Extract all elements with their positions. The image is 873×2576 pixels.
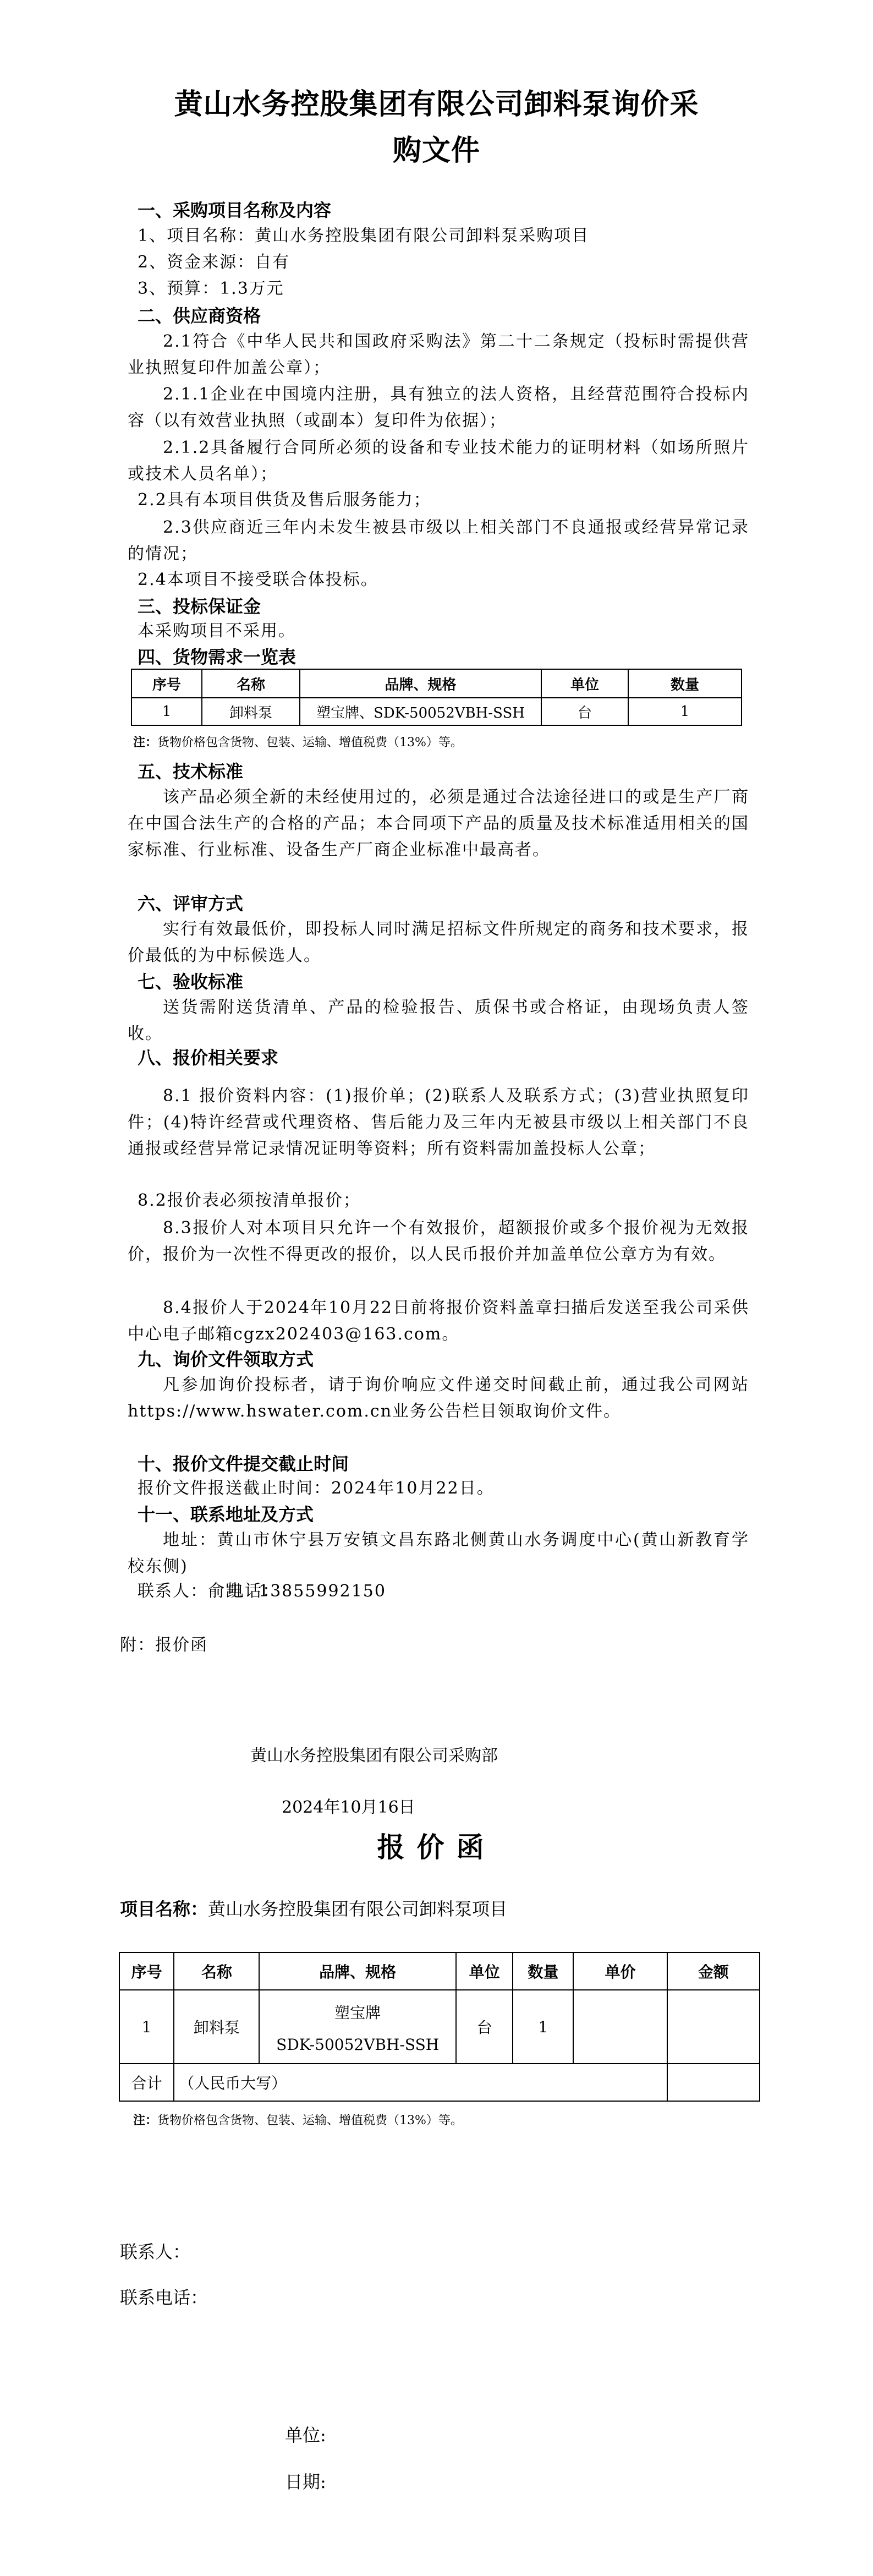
issuer: 黄山水务控股集团有限公司采购部: [250, 1744, 498, 1768]
cell-qty: 1: [628, 698, 742, 725]
col-header-name: 名称: [202, 669, 300, 698]
cell-name: 卸料泵: [202, 698, 300, 725]
section-2-heading: 二、供应商资格: [138, 304, 261, 328]
q-cell-qty: 1: [513, 1990, 573, 2064]
s11-phone: 13855992150: [259, 1579, 386, 1604]
project-name: 黄山水务控股集团有限公司卸料泵项目: [208, 1899, 507, 1919]
col-header-spec: 品牌、规格: [300, 669, 541, 698]
project-label: 项目名称：: [120, 1899, 208, 1919]
table-row: 1 卸料泵 塑宝牌、SDK-50052VBH-SSH 台 1: [131, 698, 742, 725]
s2-item-2-3: 2.3供应商近三年内未发生被县市级以上相关部门不良通报或经营异常记录的情况；: [128, 515, 749, 567]
quote-note-text: 货物价格包含货物、包装、运输、增值税费（13%）等。: [157, 2114, 463, 2127]
q-col-amount: 金额: [667, 1952, 760, 1990]
s8-item-8-1: 8.1 报价资料内容：(1)报价单；(2)联系人及联系方式；(3)营业执照复印件…: [128, 1083, 749, 1162]
s2-item-2-1: 2.1符合《中华人民共和国政府采购法》第二十二条规定（投标时需提供营业执照复印件…: [128, 329, 749, 381]
q-cell-amount-input[interactable]: [667, 1990, 760, 2064]
s2-item-2-1-1: 2.1.1企业在中国境内注册，具有独立的法人资格，且经营范围符合投标内容（以有效…: [128, 381, 749, 434]
q-cell-name: 卸料泵: [174, 1990, 259, 2064]
quote-note: 注：货物价格包含货物、包装、运输、增值税费（13%）等。: [133, 2112, 463, 2130]
col-header-no: 序号: [131, 669, 202, 698]
quote-table-row: 1 卸料泵 塑宝牌 SDK-50052VBH-SSH 台 1: [119, 1990, 760, 2064]
document-page: 黄山水务控股集团有限公司卸料泵询价采 购文件 一、采购项目名称及内容 1、项目名…: [0, 0, 873, 2576]
note-label: 注：: [133, 736, 157, 750]
q-cell-price-input[interactable]: [573, 1990, 667, 2064]
s1-item-2: 2、资金来源：自有: [138, 250, 290, 275]
s11-address: 地址：黄山市休宁县万安镇文昌东路北侧黄山水务调度中心(黄山新教育学校东侧): [128, 1527, 749, 1580]
quote-table-header-row: 序号 名称 品牌、规格 单位 数量 单价 金额: [119, 1952, 760, 1990]
section-4-heading: 四、货物需求一览表: [138, 645, 296, 669]
quote-project-line: 项目名称：黄山水务控股集团有限公司卸料泵项目: [120, 1897, 507, 1921]
issue-date: 2024年10月16日: [282, 1796, 415, 1820]
q-col-no: 序号: [119, 1952, 174, 1990]
attachment-label: 附：报价函: [120, 1633, 208, 1658]
section-6-heading: 六、评审方式: [138, 892, 243, 916]
title-line-1: 黄山水务控股集团有限公司卸料泵询价采: [132, 81, 741, 128]
quote-letter-title: 报价函: [0, 1831, 873, 1864]
q-cell-model: SDK-50052VBH-SSH: [260, 2031, 455, 2059]
q-col-qty: 数量: [513, 1952, 573, 1990]
q-cell-unit: 台: [456, 1990, 513, 2064]
q-total-amount[interactable]: [667, 2064, 760, 2101]
s6-text: 实行有效最低价，即投标人同时满足招标文件所规定的商务和技术要求，报价最低的为中标…: [128, 916, 749, 969]
section-5-heading: 五、技术标准: [138, 759, 243, 784]
s9-text: 凡参加询价投标者，请于询价响应文件递交时间截止前，通过我公司网站https://…: [128, 1372, 749, 1425]
note-text: 货物价格包含货物、包装、运输、增值税费（13%）等。: [157, 736, 463, 750]
s4-note: 注：货物价格包含货物、包装、运输、增值税费（13%）等。: [133, 734, 463, 752]
quote-contact-person-label: 联系人：: [120, 2240, 190, 2264]
q-col-name: 名称: [174, 1952, 259, 1990]
title-line-2: 购文件: [132, 128, 741, 174]
q-cell-no: 1: [119, 1990, 174, 2064]
q-col-unit: 单位: [456, 1952, 513, 1990]
s2-item-2-4: 2.4本项目不接受联合体投标。: [138, 568, 378, 592]
s1-item-3: 3、预算：1.3万元: [138, 277, 284, 301]
section-11-heading: 十一、联系地址及方式: [138, 1502, 314, 1527]
quote-contact-phone-label: 联系电话：: [120, 2285, 208, 2310]
q-col-price: 单价: [573, 1952, 667, 1990]
section-8-heading: 八、报价相关要求: [138, 1046, 278, 1070]
section-7-heading: 七、验收标准: [138, 970, 243, 994]
q-cell-brand: 塑宝牌: [260, 1995, 455, 2031]
s7-text: 送货需附送货清单、产品的检验报告、质保书或合格证，由现场负责人签收。: [128, 994, 749, 1047]
section-10-heading: 十、报价文件提交截止时间: [138, 1452, 349, 1476]
s2-item-2-2: 2.2具有本项目供货及售后服务能力；: [138, 488, 431, 512]
section-3-heading: 三、投标保证金: [138, 594, 261, 619]
s8-item-8-4: 8.4报价人于2024年10月22日前将报价资料盖章扫描后发送至我公司采供中心电…: [128, 1295, 749, 1348]
s8-item-8-3: 8.3报价人对本项目只允许一个有效报价，超额报价或多个报价视为无效报价，报价为一…: [128, 1215, 749, 1268]
section-9-heading: 九、询价文件领取方式: [138, 1347, 314, 1371]
quote-date-label: 日期:: [285, 2470, 326, 2494]
section-1-heading: 一、采购项目名称及内容: [138, 198, 331, 222]
quote-total-row: 合计 （人民币大写）: [119, 2064, 760, 2101]
q-cell-spec: 塑宝牌 SDK-50052VBH-SSH: [259, 1990, 455, 2064]
document-title: 黄山水务控股集团有限公司卸料泵询价采 购文件: [132, 81, 741, 174]
s5-text: 该产品必须全新的未经使用过的，必须是通过合法途径进口的或是生产厂商在中国合法生产…: [128, 784, 749, 863]
quote-note-label: 注：: [133, 2114, 157, 2127]
cell-spec: 塑宝牌、SDK-50052VBH-SSH: [300, 698, 541, 725]
q-col-spec: 品牌、规格: [259, 1952, 455, 1990]
s3-text: 本采购项目不采用。: [138, 619, 296, 643]
cell-unit: 台: [541, 698, 628, 725]
s2-item-2-1-2: 2.1.2具备履行合同所必须的设备和专业技术能力的证明材料（如场所照片或技术人员…: [128, 435, 749, 488]
s1-item-1: 1、项目名称：黄山水务控股集团有限公司卸料泵采购项目: [138, 224, 589, 248]
s8-item-8-2: 8.2报价表必须按清单报价；: [138, 1189, 361, 1213]
cell-no: 1: [131, 698, 202, 725]
col-header-qty: 数量: [628, 669, 742, 698]
quote-company-label: 单位:: [285, 2423, 326, 2447]
q-total-label: 合计: [119, 2064, 174, 2101]
quote-table: 序号 名称 品牌、规格 单位 数量 单价 金额 1 卸料泵 塑宝牌 SDK-50…: [119, 1952, 760, 2102]
q-total-caption[interactable]: （人民币大写）: [174, 2064, 667, 2101]
col-header-unit: 单位: [541, 669, 628, 698]
s10-text: 报价文件报送截止时间：2024年10月22日。: [138, 1476, 495, 1501]
table-header-row: 序号 名称 品牌、规格 单位 数量: [131, 669, 742, 698]
goods-requirement-table: 序号 名称 品牌、规格 单位 数量 1 卸料泵 塑宝牌、SDK-50052VBH…: [131, 669, 742, 726]
